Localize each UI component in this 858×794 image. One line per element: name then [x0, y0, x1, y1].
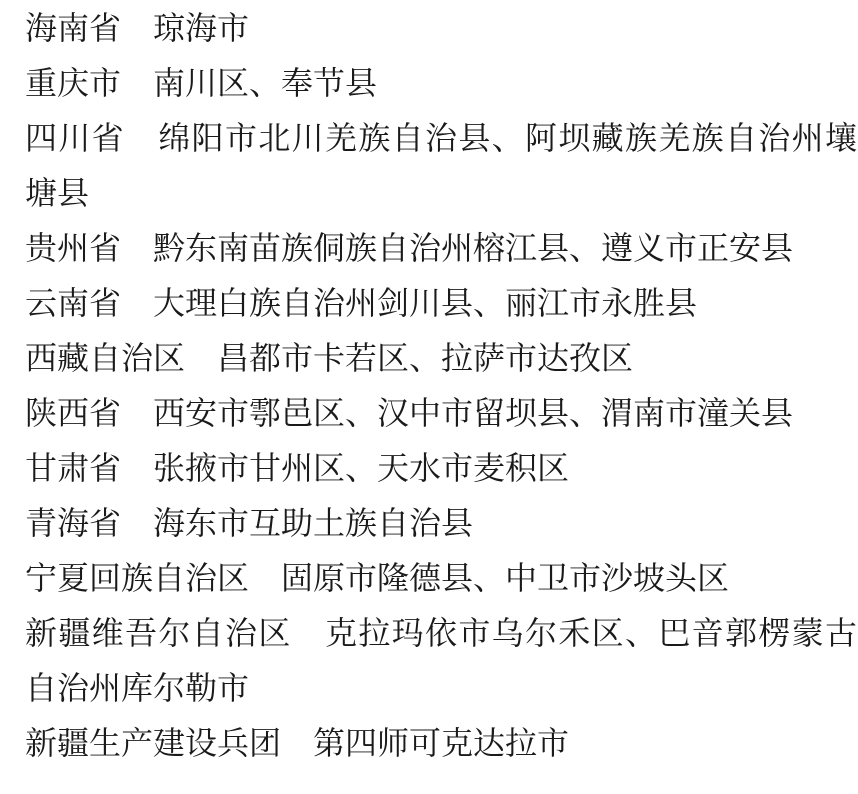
province-name: 四川省 — [25, 120, 125, 156]
province-region-gap — [121, 450, 153, 486]
province-region-gap — [281, 725, 313, 761]
province-name: 青海省 — [25, 505, 121, 541]
province-name: 海南省 — [25, 10, 121, 46]
province-name: 贵州省 — [25, 230, 121, 266]
province-region-gap — [121, 285, 153, 321]
region-list: 黔东南苗族侗族自治州榕江县、遵义市正安县 — [153, 230, 793, 266]
region-list: 第四师可克达拉市 — [313, 725, 569, 761]
province-entry: 新疆生产建设兵团 第四师可克达拉市 — [25, 716, 857, 771]
province-region-gap — [121, 395, 153, 431]
region-list: 张掖市甘州区、天水市麦积区 — [153, 450, 569, 486]
region-list: 琼海市 — [153, 10, 249, 46]
province-region-gap — [121, 65, 153, 101]
region-list: 固原市隆德县、中卫市沙坡头区 — [281, 560, 729, 596]
province-entry: 四川省 绵阳市北川羌族自治县、阿坝藏族羌族自治州壤塘县 — [25, 111, 857, 221]
province-entry: 新疆维吾尔自治区 克拉玛依市乌尔禾区、巴音郭楞蒙古自治州库尔勒市 — [25, 606, 857, 716]
province-region-gap — [292, 615, 325, 651]
province-entry: 重庆市 南川区、奉节县 — [25, 56, 857, 111]
province-region-gap — [249, 560, 281, 596]
province-entry: 西藏自治区 昌都市卡若区、拉萨市达孜区 — [25, 331, 857, 386]
province-region-gap — [185, 340, 217, 376]
province-entry: 宁夏回族自治区 固原市隆德县、中卫市沙坡头区 — [25, 551, 857, 606]
region-list: 昌都市卡若区、拉萨市达孜区 — [217, 340, 633, 376]
province-name: 云南省 — [25, 285, 121, 321]
province-name: 重庆市 — [25, 65, 121, 101]
province-region-gap — [121, 230, 153, 266]
province-entry: 甘肃省 张掖市甘州区、天水市麦积区 — [25, 441, 857, 496]
province-region-gap — [121, 505, 153, 541]
province-name: 甘肃省 — [25, 450, 121, 486]
province-entry: 贵州省 黔东南苗族侗族自治州榕江县、遵义市正安县 — [25, 221, 857, 276]
province-name: 陕西省 — [25, 395, 121, 431]
province-region-gap — [121, 10, 153, 46]
province-entry: 青海省 海东市互助土族自治县 — [25, 496, 857, 551]
province-region-gap — [125, 120, 158, 156]
province-name: 宁夏回族自治区 — [25, 560, 249, 596]
region-list: 海东市互助土族自治县 — [153, 505, 473, 541]
province-name: 新疆维吾尔自治区 — [25, 615, 292, 651]
province-name: 新疆生产建设兵团 — [25, 725, 281, 761]
province-entry: 海南省 琼海市 — [25, 1, 857, 56]
region-list: 南川区、奉节县 — [153, 65, 377, 101]
document-page: 海南省 琼海市 重庆市 南川区、奉节县 四川省 绵阳市北川羌族自治县、阿坝藏族羌… — [0, 0, 858, 794]
region-list: 西安市鄠邑区、汉中市留坝县、渭南市潼关县 — [153, 395, 793, 431]
region-list: 大理白族自治州剑川县、丽江市永胜县 — [153, 285, 697, 321]
province-name: 西藏自治区 — [25, 340, 185, 376]
province-entry: 云南省 大理白族自治州剑川县、丽江市永胜县 — [25, 276, 857, 331]
province-entry: 陕西省 西安市鄠邑区、汉中市留坝县、渭南市潼关县 — [25, 386, 857, 441]
